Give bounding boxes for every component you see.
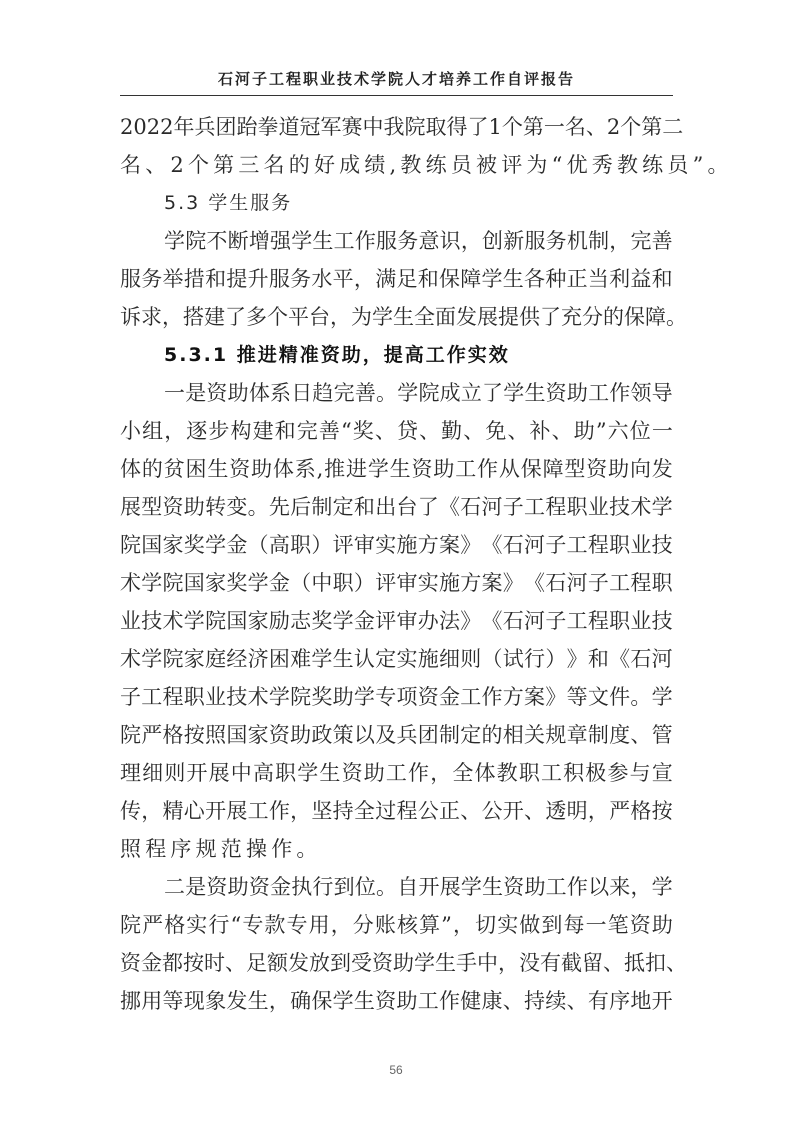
section-heading: 5.3 学生服务 bbox=[120, 184, 673, 222]
document-body: 2022年兵团跆拳道冠军赛中我院取得了1个第一名、2个第二名、2个第三名的好成绩… bbox=[120, 108, 673, 1020]
text-line: 诉求，搭建了多个平台，为学生全面发展提供了充分的保障。 bbox=[120, 298, 673, 336]
text-line: 照程序规范操作。 bbox=[120, 830, 673, 868]
text-line: 学院不断增强学生工作服务意识，创新服务机制，完善 bbox=[120, 222, 673, 260]
text-line: 服务举措和提升服务水平，满足和保障学生各种正当利益和 bbox=[120, 260, 673, 298]
text-line: 挪用等现象发生，确保学生资助工作健康、持续、有序地开 bbox=[120, 982, 673, 1020]
page-number: 56 bbox=[0, 1063, 792, 1077]
text-line: 资金都按时、足额发放到受资助学生手中，没有截留、抵扣、 bbox=[120, 944, 673, 982]
header-divider bbox=[120, 95, 673, 96]
text-line: 二是资助资金执行到位。自开展学生资助工作以来，学 bbox=[120, 868, 673, 906]
running-header: 石河子工程职业技术学院人才培养工作自评报告 bbox=[120, 68, 673, 89]
text-line: 一是资助体系日趋完善。学院成立了学生资助工作领导 bbox=[120, 374, 673, 412]
text-line: 院严格按照国家资助政策以及兵团制定的相关规章制度、管 bbox=[120, 716, 673, 754]
text-line: 体的贫困生资助体系,推进学生资助工作从保障型资助向发 bbox=[120, 450, 673, 488]
text-line: 业技术学院国家励志奖学金评审办法》《石河子工程职业技 bbox=[120, 602, 673, 640]
text-line: 院国家奖学金（高职）评审实施方案》《石河子工程职业技 bbox=[120, 526, 673, 564]
text-line: 2022年兵团跆拳道冠军赛中我院取得了1个第一名、2个第二 bbox=[120, 108, 673, 146]
text-line: 理细则开展中高职学生资助工作，全体教职工积极参与宣 bbox=[120, 754, 673, 792]
text-line: 小组，逐步构建和完善“奖、贷、勤、免、补、助”六位一 bbox=[120, 412, 673, 450]
text-line: 术学院家庭经济困难学生认定实施细则（试行）》和《石河 bbox=[120, 640, 673, 678]
text-line: 名、2个第三名的好成绩,教练员被评为“优秀教练员”。 bbox=[120, 146, 673, 184]
text-line: 子工程职业技术学院奖助学专项资金工作方案》等文件。学 bbox=[120, 678, 673, 716]
subsection-heading: 5.3.1 推进精准资助，提高工作实效 bbox=[120, 336, 673, 374]
text-line: 展型资助转变。先后制定和出台了《石河子工程职业技术学 bbox=[120, 488, 673, 526]
text-line: 院严格实行“专款专用，分账核算”，切实做到每一笔资助 bbox=[120, 906, 673, 944]
text-line: 术学院国家奖学金（中职）评审实施方案》《石河子工程职 bbox=[120, 564, 673, 602]
text-line: 传，精心开展工作，坚持全过程公正、公开、透明，严格按 bbox=[120, 792, 673, 830]
